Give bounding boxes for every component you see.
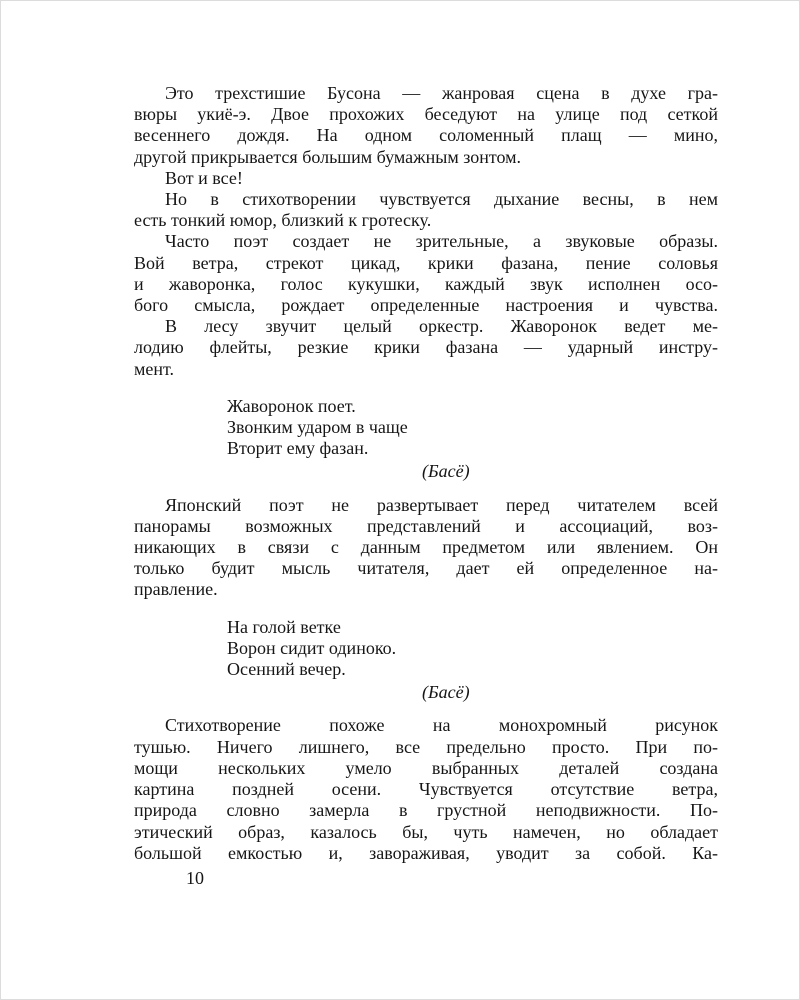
verse-line: Вторит ему фазан. — [227, 438, 718, 459]
verse-line: Жаворонок поет. — [227, 396, 718, 417]
verse-attribution: (Басё) — [422, 461, 718, 482]
paragraph-line: тушью. Ничего лишнего, все предельно про… — [134, 737, 718, 758]
verse-attribution: (Басё) — [422, 682, 718, 703]
paragraph-line: вюры укиё-э. Двое прохожих беседуют на у… — [134, 104, 718, 125]
paragraph-line: большой емкостью и, завораживая, уводит … — [134, 843, 718, 864]
paragraph: Японский поэт не развертывает перед чита… — [134, 495, 718, 601]
book-page: Это трехстишие Бусона — жанровая сцена в… — [0, 0, 800, 1000]
paragraph-line: Стихотворение похоже на монохромный рису… — [134, 715, 718, 736]
verse-line: Ворон сидит одиноко. — [227, 638, 718, 659]
verse: Жаворонок поет.Звонким ударом в чащеВтор… — [134, 396, 718, 483]
verse-line: Осенний вечер. — [227, 659, 718, 680]
paragraph-line: Часто поэт создает не зрительные, а звук… — [134, 231, 718, 252]
paragraph-line: только будит мысль читателя, дает ей опр… — [134, 558, 718, 579]
paragraph: Часто поэт создает не зрительные, а звук… — [134, 231, 718, 316]
page-text: Это трехстишие Бусона — жанровая сцена в… — [134, 83, 718, 864]
paragraph-line: весеннего дождя. На одном соломенный пла… — [134, 125, 718, 146]
paragraph-line: Это трехстишие Бусона — жанровая сцена в… — [134, 83, 718, 104]
paragraph-line: В лесу звучит целый оркестр. Жаворонок в… — [134, 316, 718, 337]
verse-line: На голой ветке — [227, 617, 718, 638]
paragraph: Вот и все! — [134, 168, 718, 189]
paragraph: Стихотворение похоже на монохромный рису… — [134, 715, 718, 863]
page-number: 10 — [186, 868, 718, 889]
paragraph-line: есть тонкий юмор, близкий к гротеску. — [134, 210, 718, 231]
paragraph-line: Вой ветра, стрекот цикад, крики фазана, … — [134, 253, 718, 274]
paragraph-line: мент. — [134, 359, 718, 380]
paragraph: В лесу звучит целый оркестр. Жаворонок в… — [134, 316, 718, 380]
paragraph-line: Но в стихотворении чувствуется дыхание в… — [134, 189, 718, 210]
paragraph-line: Вот и все! — [134, 168, 718, 189]
paragraph-line: бого смысла, рождает определенные настро… — [134, 295, 718, 316]
verse: На голой веткеВорон сидит одиноко.Осенни… — [134, 617, 718, 704]
paragraph-line: Японский поэт не развертывает перед чита… — [134, 495, 718, 516]
paragraph-line: никающих в связи с данным предметом или … — [134, 537, 718, 558]
paragraph-line: другой прикрывается большим бумажным зон… — [134, 147, 718, 168]
verse-line: Звонким ударом в чаще — [227, 417, 718, 438]
paragraph-line: лодию флейты, резкие крики фазана — удар… — [134, 337, 718, 358]
paragraph-line: этический образ, казалось бы, чуть намеч… — [134, 822, 718, 843]
paragraph-line: и жаворонка, голос кукушки, каждый звук … — [134, 274, 718, 295]
paragraph-line: правление. — [134, 579, 718, 600]
paragraph-line: картина поздней осени. Чувствуется отсут… — [134, 779, 718, 800]
paragraph: Это трехстишие Бусона — жанровая сцена в… — [134, 83, 718, 168]
paragraph: Но в стихотворении чувствуется дыхание в… — [134, 189, 718, 231]
paragraph-line: панорамы возможных представлений и ассоц… — [134, 516, 718, 537]
paragraph-line: природа словно замерла в грустной неподв… — [134, 800, 718, 821]
paragraph-line: мощи нескольких умело выбранных деталей … — [134, 758, 718, 779]
